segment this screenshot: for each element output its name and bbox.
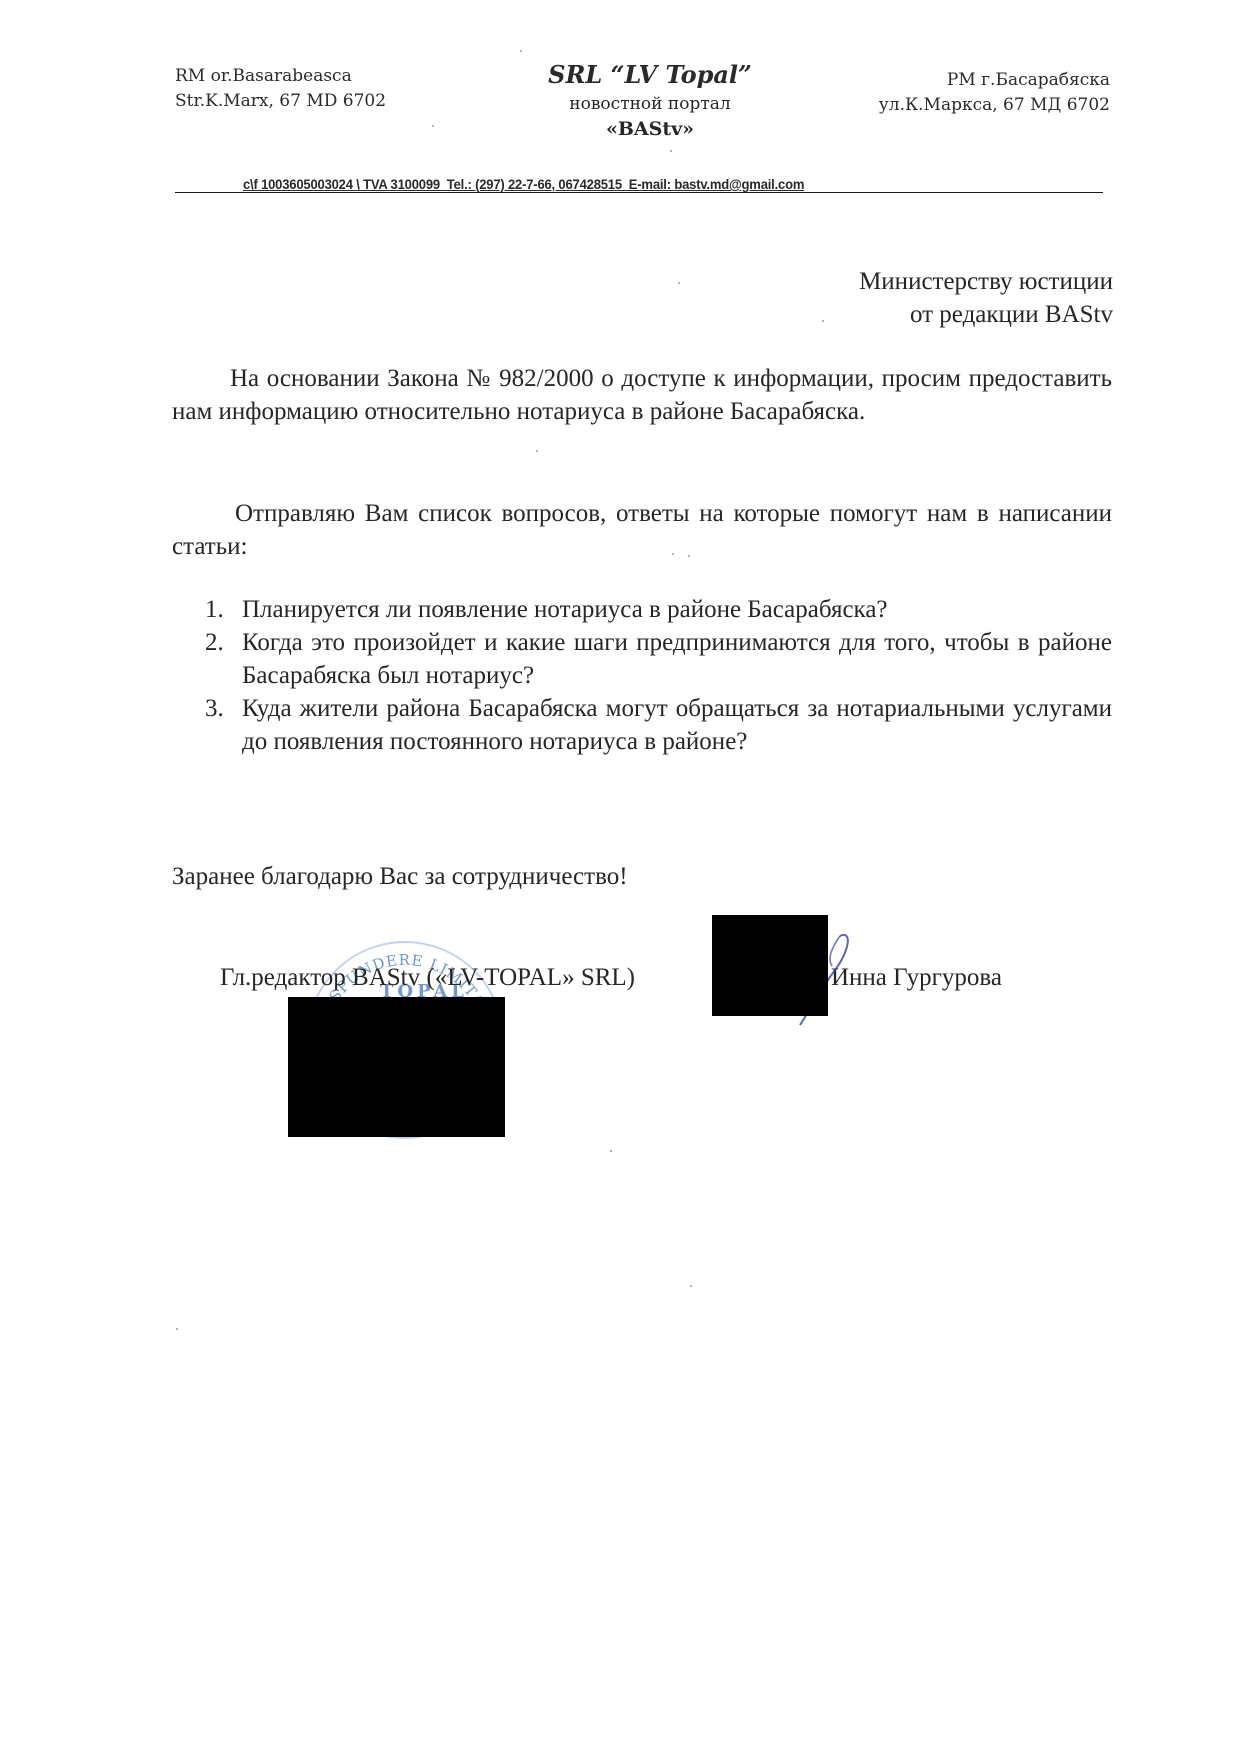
scan-speck [672, 553, 674, 555]
question-number: 2. [205, 626, 242, 692]
closing-line: Заранее благодарю Вас за сотрудничество! [172, 860, 628, 893]
scan-speck [822, 320, 824, 322]
question-text: Когда это произойдет и какие шаги предпр… [242, 626, 1112, 692]
letterhead-address-latin: RM or.Basarabeasca Str.K.Marx, 67 MD 670… [175, 64, 386, 114]
scan-speck [432, 125, 434, 127]
question-text: Планируется ли появление нотариуса в рай… [242, 593, 1112, 626]
paragraph-request: На основании Закона № 982/2000 о доступе… [172, 362, 1112, 428]
question-text: Куда жители района Басарабяска могут обр… [242, 692, 1112, 758]
addressee-to: Министерству юстиции [859, 265, 1113, 298]
address-cyrillic-line1: РМ г.Басарабяска [879, 68, 1110, 93]
scan-speck [536, 450, 538, 452]
question-number: 3. [205, 692, 242, 758]
questions-list: 1. Планируется ли появление нотариуса в … [205, 593, 1112, 758]
scan-speck [688, 555, 690, 557]
question-number: 1. [205, 593, 242, 626]
redaction-box [288, 997, 505, 1137]
scan-speck [670, 150, 672, 152]
contact-details: c\f 1003605003024 \ TVA 3100099 Tel.: (2… [243, 176, 804, 192]
letterhead-company: SRL “LV Topal” новостной портал «BAStv» [450, 58, 850, 142]
paragraph-questions-intro: Отправляю Вам список вопросов, ответы на… [172, 497, 1112, 563]
letterhead-rule: c\f 1003605003024 \ TVA 3100099 Tel.: (2… [175, 170, 1103, 193]
scan-speck [176, 1328, 178, 1330]
addressee-from: от редакции BAStv [859, 298, 1113, 331]
question-item: 3. Куда жители района Басарабяска могут … [205, 692, 1112, 758]
scan-speck [690, 1285, 692, 1287]
address-cyrillic-line2: ул.К.Маркса, 67 МД 6702 [879, 93, 1110, 118]
company-subtitle: новостной портал [450, 92, 850, 116]
scan-speck [520, 50, 522, 52]
company-name: SRL “LV Topal” [450, 58, 850, 92]
scan-speck [678, 282, 680, 284]
question-item: 1. Планируется ли появление нотариуса в … [205, 593, 1112, 626]
address-latin-line2: Str.K.Marx, 67 MD 6702 [175, 89, 386, 114]
redaction-box [712, 915, 828, 1016]
question-item: 2. Когда это произойдет и какие шаги пре… [205, 626, 1112, 692]
portal-name: «BAStv» [450, 116, 850, 142]
letterhead-address-cyrillic: РМ г.Басарабяска ул.К.Маркса, 67 МД 6702 [879, 68, 1110, 118]
addressee-block: Министерству юстиции от редакции BAStv [859, 265, 1113, 331]
address-latin-line1: RM or.Basarabeasca [175, 64, 386, 89]
scan-speck [610, 1150, 612, 1152]
signatory-title: Гл.редактор BAStv («LV-TOPAL» SRL) [220, 961, 635, 994]
